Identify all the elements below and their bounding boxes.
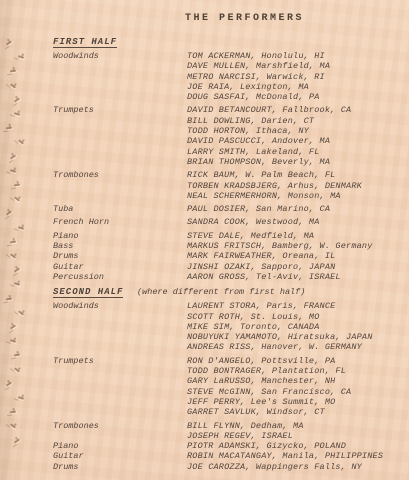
performer-list: RON D'ANGELO, Pottsville, PATODD BONTRAG…: [187, 356, 403, 418]
stitch-mark: [14, 268, 20, 273]
instrument-group: TrombonesBILL FLYNN, Dedham, MAJOSEPH RE…: [53, 421, 403, 442]
performer-line: MARKUS FRITSCH, Bamberg, W. Germany: [187, 241, 403, 251]
section-second-half: SECOND HALF (where different from first …: [53, 285, 403, 472]
instrument-label: Piano: [53, 441, 187, 451]
performer-line: BRIAN THOMPSON, Beverly, MA: [187, 157, 403, 167]
stitch-mark: [14, 184, 20, 187]
performer-line: MARK FAIRWEATHER, Oreana, IL: [187, 251, 403, 261]
performer-line: STEVE McGINN, San Francisco, CA: [187, 387, 403, 397]
performer-line: SCOTT ROTH, St. Louis, MO: [187, 312, 403, 322]
performer-line: METRO NARCISI, Warwick, RI: [187, 72, 403, 82]
instrument-label: Drums: [53, 462, 187, 472]
performer-line: RICK BAUM, W. Palm Beach, FL: [187, 170, 403, 180]
page-title: THE PERFORMERS: [185, 13, 403, 24]
performer-line: GARRET SAVLUK, Windsor, CT: [187, 407, 403, 417]
stitch-mark: [14, 197, 20, 202]
performer-list: LAURENT STORA, Paris, FRANCESCOTT ROTH, …: [187, 301, 403, 352]
performer-line: ANDREAS RISS, Hanover, W. GERMANY: [187, 342, 403, 352]
performer-list: JINSHI OZAKI, Sapporo, JAPAN: [187, 262, 403, 272]
stitch-mark: [14, 438, 20, 443]
performer-line: BILL FLYNN, Dedham, MA: [187, 421, 403, 431]
stitch-mark: [10, 70, 16, 73]
stitch-mark: [18, 310, 24, 315]
performer-line: TOM ACKERMAN, Honolulu, HI: [187, 51, 403, 61]
section-heading-row: FIRST HALF: [53, 35, 403, 48]
stitch-mark: [18, 396, 24, 400]
performer-line: TODD HORTON, Ithaca, NY: [187, 126, 403, 136]
instrument-label: Guitar: [53, 262, 187, 272]
performer-line: MIKE SIM, Toronto, CANADA: [187, 322, 403, 332]
performer-list: STEVE DALE, Medfield, MA: [187, 231, 403, 241]
instrument-label: Woodwinds: [53, 51, 187, 61]
performer-line: DAVID BETANCOURT, Fallbrook, CA: [187, 105, 403, 115]
stitch-mark: [10, 83, 16, 88]
performer-line: JOE RAIA, Lexington, MA: [187, 82, 403, 92]
section-heading-note: (where different from first half): [137, 287, 305, 297]
performer-line: SANDRA COOK, Westwood, MA: [187, 217, 403, 227]
performer-groups: WoodwindsTOM ACKERMAN, Honolulu, HIDAVE …: [53, 51, 403, 282]
performer-line: TODD BONTRAGER, Plantation, FL: [187, 366, 403, 376]
section-heading-row: SECOND HALF (where different from first …: [53, 285, 403, 298]
instrument-label: Guitar: [53, 451, 187, 461]
instrument-label: Trombones: [53, 421, 187, 431]
performer-list: ROBIN MACATANGAY, Manila, PHILIPPINES: [187, 451, 403, 461]
instrument-label: Piano: [53, 231, 187, 241]
instrument-group: DrumsJOE CAROZZA, Wappingers Falls, NY: [53, 462, 403, 472]
instrument-label: Drums: [53, 251, 187, 261]
performer-line: RON D'ANGELO, Pottsville, PA: [187, 356, 403, 366]
instrument-group: PianoSTEVE DALE, Medfield, MA: [53, 231, 403, 241]
instrument-group: French HornSANDRA COOK, Westwood, MA: [53, 217, 403, 227]
stitch-mark: [18, 140, 24, 145]
page-content: THE PERFORMERS FIRST HALF WoodwindsTOM A…: [53, 13, 403, 472]
instrument-group: PercussionAARON GROSS, Tel-Aviv, ISRAEL: [53, 272, 403, 282]
instrument-group: WoodwindsLAURENT STORA, Paris, FRANCESCO…: [53, 301, 403, 352]
stitch-mark: [14, 367, 20, 372]
stitch-mark: [10, 169, 16, 173]
performer-line: PIOTR ADAMSKI, Gizycko, POLAND: [187, 441, 403, 451]
stitch-mark: [6, 127, 12, 130]
performer-line: JEFF PERRY, Lee's Summit, MO: [187, 397, 403, 407]
performer-line: ROBIN MACATANGAY, Manila, PHILIPPINES: [187, 451, 403, 461]
performer-line: DOUG SASFAI, McDonald, PA: [187, 92, 403, 102]
stitch-mark: [14, 354, 20, 357]
section-heading: FIRST HALF: [53, 37, 117, 48]
instrument-label: Trumpets: [53, 105, 187, 115]
performer-list: DAVID BETANCOURT, Fallbrook, CABILL DOWL…: [187, 105, 403, 167]
stitch-mark: [10, 253, 16, 258]
instrument-label: French Horn: [53, 217, 187, 227]
stitch-mark: [6, 381, 12, 386]
performer-line: JINSHI OZAKI, Sapporo, JAPAN: [187, 262, 403, 272]
stitch-mark: [10, 411, 16, 414]
stitch-mark: [6, 211, 12, 216]
performer-line: JOE CAROZZA, Wappingers Falls, NY: [187, 462, 403, 472]
stitch-mark: [18, 55, 24, 59]
performer-line: GARY LaRUSSO, Manchester, NH: [187, 376, 403, 386]
performer-groups: WoodwindsLAURENT STORA, Paris, FRANCESCO…: [53, 301, 403, 472]
instrument-group: GuitarJINSHI OZAKI, Sapporo, JAPAN: [53, 262, 403, 272]
scanned-program-page: THE PERFORMERS FIRST HALF WoodwindsTOM A…: [0, 0, 409, 480]
performer-list: PAUL DOSIER, San Marino, CA: [187, 204, 403, 214]
performer-line: NEAL SCHERMERHORN, Monson, MA: [187, 191, 403, 201]
performer-list: MARK FAIRWEATHER, Oreana, IL: [187, 251, 403, 261]
performer-line: JOSEPH REGEV, ISRAEL: [187, 431, 403, 441]
performer-list: BILL FLYNN, Dedham, MAJOSEPH REGEV, ISRA…: [187, 421, 403, 442]
performer-line: PAUL DOSIER, San Marino, CA: [187, 204, 403, 214]
stitched-binding: [0, 0, 34, 480]
section-first-half: FIRST HALF WoodwindsTOM ACKERMAN, Honolu…: [53, 35, 403, 282]
stitch-mark: [6, 297, 12, 300]
instrument-group: TrumpetsDAVID BETANCOURT, Fallbrook, CAB…: [53, 105, 403, 167]
instrument-group: WoodwindsTOM ACKERMAN, Honolulu, HIDAVE …: [53, 51, 403, 102]
instrument-label: Percussion: [53, 272, 187, 282]
performer-list: AARON GROSS, Tel-Aviv, ISRAEL: [187, 272, 403, 282]
instrument-label: Trombones: [53, 170, 187, 180]
performer-list: PIOTR ADAMSKI, Gizycko, POLAND: [187, 441, 403, 451]
stitch-mark: [10, 154, 16, 159]
performer-list: MARKUS FRITSCH, Bamberg, W. Germany: [187, 241, 403, 251]
stitch-mark: [6, 41, 12, 46]
instrument-label: Bass: [53, 241, 187, 251]
performer-list: TOM ACKERMAN, Honolulu, HIDAVE MULLEN, M…: [187, 51, 403, 102]
section-heading: SECOND HALF: [53, 287, 123, 298]
stitch-mark: [10, 240, 16, 243]
stitch-mark: [10, 339, 16, 343]
instrument-group: GuitarROBIN MACATANGAY, Manila, PHILIPPI…: [53, 451, 403, 461]
instrument-group: BassMARKUS FRITSCH, Bamberg, W. Germany: [53, 241, 403, 251]
performer-line: LAURENT STORA, Paris, FRANCE: [187, 301, 403, 311]
performer-list: JOE CAROZZA, Wappingers Falls, NY: [187, 462, 403, 472]
performer-line: NOBUYUKI YAMAMOTO, Hiratsuka, JAPAN: [187, 332, 403, 342]
performer-list: RICK BAUM, W. Palm Beach, FLTORBEN KRADS…: [187, 170, 403, 201]
stitch-mark: [14, 283, 20, 287]
performer-line: STEVE DALE, Medfield, MA: [187, 231, 403, 241]
performer-line: DAVE MULLEN, Marshfield, MA: [187, 61, 403, 71]
instrument-label: Tuba: [53, 204, 187, 214]
stitch-mark: [18, 226, 24, 230]
instrument-label: Woodwinds: [53, 301, 187, 311]
performer-line: DAVID PASCUCCI, Andover, MA: [187, 136, 403, 146]
instrument-group: PianoPIOTR ADAMSKI, Gizycko, POLAND: [53, 441, 403, 451]
performer-line: TORBEN KRADSBJERG, Arhus, DENMARK: [187, 181, 403, 191]
stitch-mark: [10, 325, 16, 330]
performer-list: SANDRA COOK, Westwood, MA: [187, 217, 403, 227]
instrument-label: Trumpets: [53, 356, 187, 366]
performer-line: AARON GROSS, Tel-Aviv, ISRAEL: [187, 272, 403, 282]
instrument-group: TrombonesRICK BAUM, W. Palm Beach, FLTOR…: [53, 170, 403, 201]
performer-line: BILL DOWLING, Darien, CT: [187, 116, 403, 126]
performer-line: LARRY SMITH, Lakeland, FL: [187, 147, 403, 157]
stitch-mark: [14, 97, 20, 102]
stitch-mark: [10, 424, 16, 429]
instrument-group: TrumpetsRON D'ANGELO, Pottsville, PATODD…: [53, 356, 403, 418]
stitch-mark: [14, 112, 20, 116]
instrument-group: TubaPAUL DOSIER, San Marino, CA: [53, 204, 403, 214]
instrument-group: DrumsMARK FAIRWEATHER, Oreana, IL: [53, 251, 403, 261]
